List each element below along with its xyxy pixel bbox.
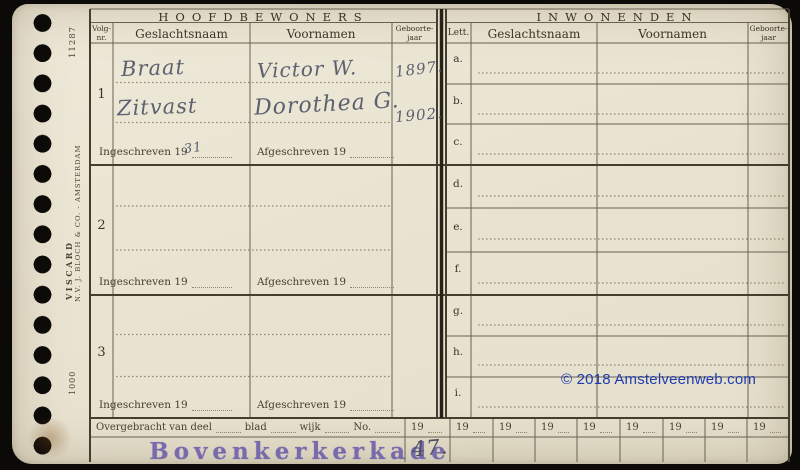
year-cell: 19 — [411, 421, 446, 433]
transfer-blank — [216, 421, 241, 433]
col-volgnr: Volg- nr. — [90, 25, 113, 42]
year-cell: 19 — [669, 421, 701, 433]
ingeschreven-blank — [192, 399, 232, 411]
afgeschreven-blank — [350, 146, 394, 158]
year-label: 19 — [669, 422, 682, 433]
afgeschreven-blank — [350, 276, 394, 288]
year-cell: 19 — [541, 421, 573, 433]
handwritten-surname-1: Braat — [121, 55, 186, 81]
year-blank — [770, 421, 781, 433]
year-cell: 19 — [583, 421, 616, 433]
afgeschreven-label: Afgeschreven 19 — [257, 399, 346, 411]
no-label: No. — [353, 422, 371, 433]
afgeschreven-line: Afgeschreven 19 — [257, 399, 394, 411]
ingeschreven-line: Ingeschreven 19 — [99, 146, 232, 158]
row-number: 1 — [90, 87, 113, 102]
afgeschreven-label: Afgeschreven 19 — [257, 146, 346, 158]
col-geslachtsnaam-left: Geslachtsnaam — [113, 27, 250, 41]
col-geboortejaar-right: Geboorte- jaar — [748, 25, 789, 42]
afgeschreven-label: Afgeschreven 19 — [257, 276, 346, 288]
handwritten-house-number: 47. — [411, 434, 449, 461]
ingeschreven-label: Ingeschreven 19 — [99, 399, 188, 411]
year-label: 19 — [753, 422, 766, 433]
year-cell: 19 — [711, 421, 743, 433]
year-cell: 19 — [626, 421, 659, 433]
ingeschreven-label: Ingeschreven 19 — [99, 276, 188, 288]
year-cell: 19 — [499, 421, 531, 433]
year-cell: 19 — [753, 421, 785, 433]
col-geslachtsnaam-right: Geslachtsnaam — [471, 27, 597, 41]
scanned-register-card: 11287 VISCARD N.V. J. BLOCH & CO. - AMST… — [0, 0, 800, 470]
year-label: 19 — [411, 422, 424, 433]
ingeschreven-line: Ingeschreven 19 — [99, 399, 232, 411]
wijk-label: wijk — [300, 422, 321, 433]
afgeschreven-line: Afgeschreven 19 — [257, 276, 394, 288]
year-label: 19 — [456, 422, 469, 433]
transfer-blank — [375, 421, 400, 433]
year-blank — [686, 421, 697, 433]
year-label: 19 — [499, 422, 512, 433]
blad-label: blad — [245, 422, 267, 433]
afgeschreven-line: Afgeschreven 19 — [257, 146, 394, 158]
col-geboorte-line2: jaar — [761, 33, 776, 42]
col-voornamen-left: Voornamen — [250, 27, 392, 41]
year-blank — [516, 421, 527, 433]
col-volgnr-line2: nr. — [97, 33, 107, 42]
row-number: 3 — [90, 345, 113, 360]
year-blank — [473, 421, 485, 433]
overgebracht-label: Overgebracht van deel — [96, 422, 212, 433]
lett-row-label: g. — [446, 305, 470, 317]
col-voornamen-right: Voornamen — [597, 27, 748, 41]
year-blank — [600, 421, 612, 433]
year-label: 19 — [626, 422, 639, 433]
col-geboortejaar-left: Geboorte- jaar — [392, 25, 437, 42]
col-lett: Lett. — [446, 28, 471, 38]
lett-row-label: e. — [446, 221, 470, 233]
transfer-line: Overgebracht van deel blad wijk No. — [96, 421, 400, 433]
ingeschreven-label: Ingeschreven 19 — [99, 146, 188, 158]
left-section-title: HOOFDBEWONERS — [90, 10, 437, 24]
year-label: 19 — [583, 422, 596, 433]
lett-row-label: b. — [446, 95, 470, 107]
lett-row-label: a. — [446, 53, 470, 65]
transfer-blank — [271, 421, 296, 433]
lett-row-label: c. — [446, 136, 470, 148]
handwritten-surname-2: Zitvast — [117, 94, 198, 121]
year-cell: 19 — [456, 421, 489, 433]
lett-row-label: f. — [446, 263, 470, 275]
year-label: 19 — [541, 422, 554, 433]
row-number: 2 — [90, 218, 113, 233]
right-section-title: INWONENDEN — [446, 10, 789, 24]
ingeschreven-blank — [192, 276, 232, 288]
handwritten-firstname-1: Victor W. — [257, 55, 358, 82]
lett-row-label: h. — [446, 346, 470, 358]
ingeschreven-line: Ingeschreven 19 — [99, 276, 232, 288]
year-blank — [428, 421, 442, 433]
col-geboorte-line2: jaar — [407, 33, 422, 42]
lett-row-label: d. — [446, 178, 470, 190]
transfer-blank — [325, 421, 350, 433]
year-label: 19 — [711, 422, 724, 433]
lett-row-label: i. — [446, 387, 470, 399]
handwritten-ingeschreven-year: 31 — [183, 140, 203, 157]
year-blank — [558, 421, 569, 433]
copyright-watermark: © 2018 Amstelveenweb.com — [561, 371, 756, 388]
afgeschreven-blank — [350, 399, 394, 411]
year-blank — [728, 421, 739, 433]
year-blank — [643, 421, 655, 433]
